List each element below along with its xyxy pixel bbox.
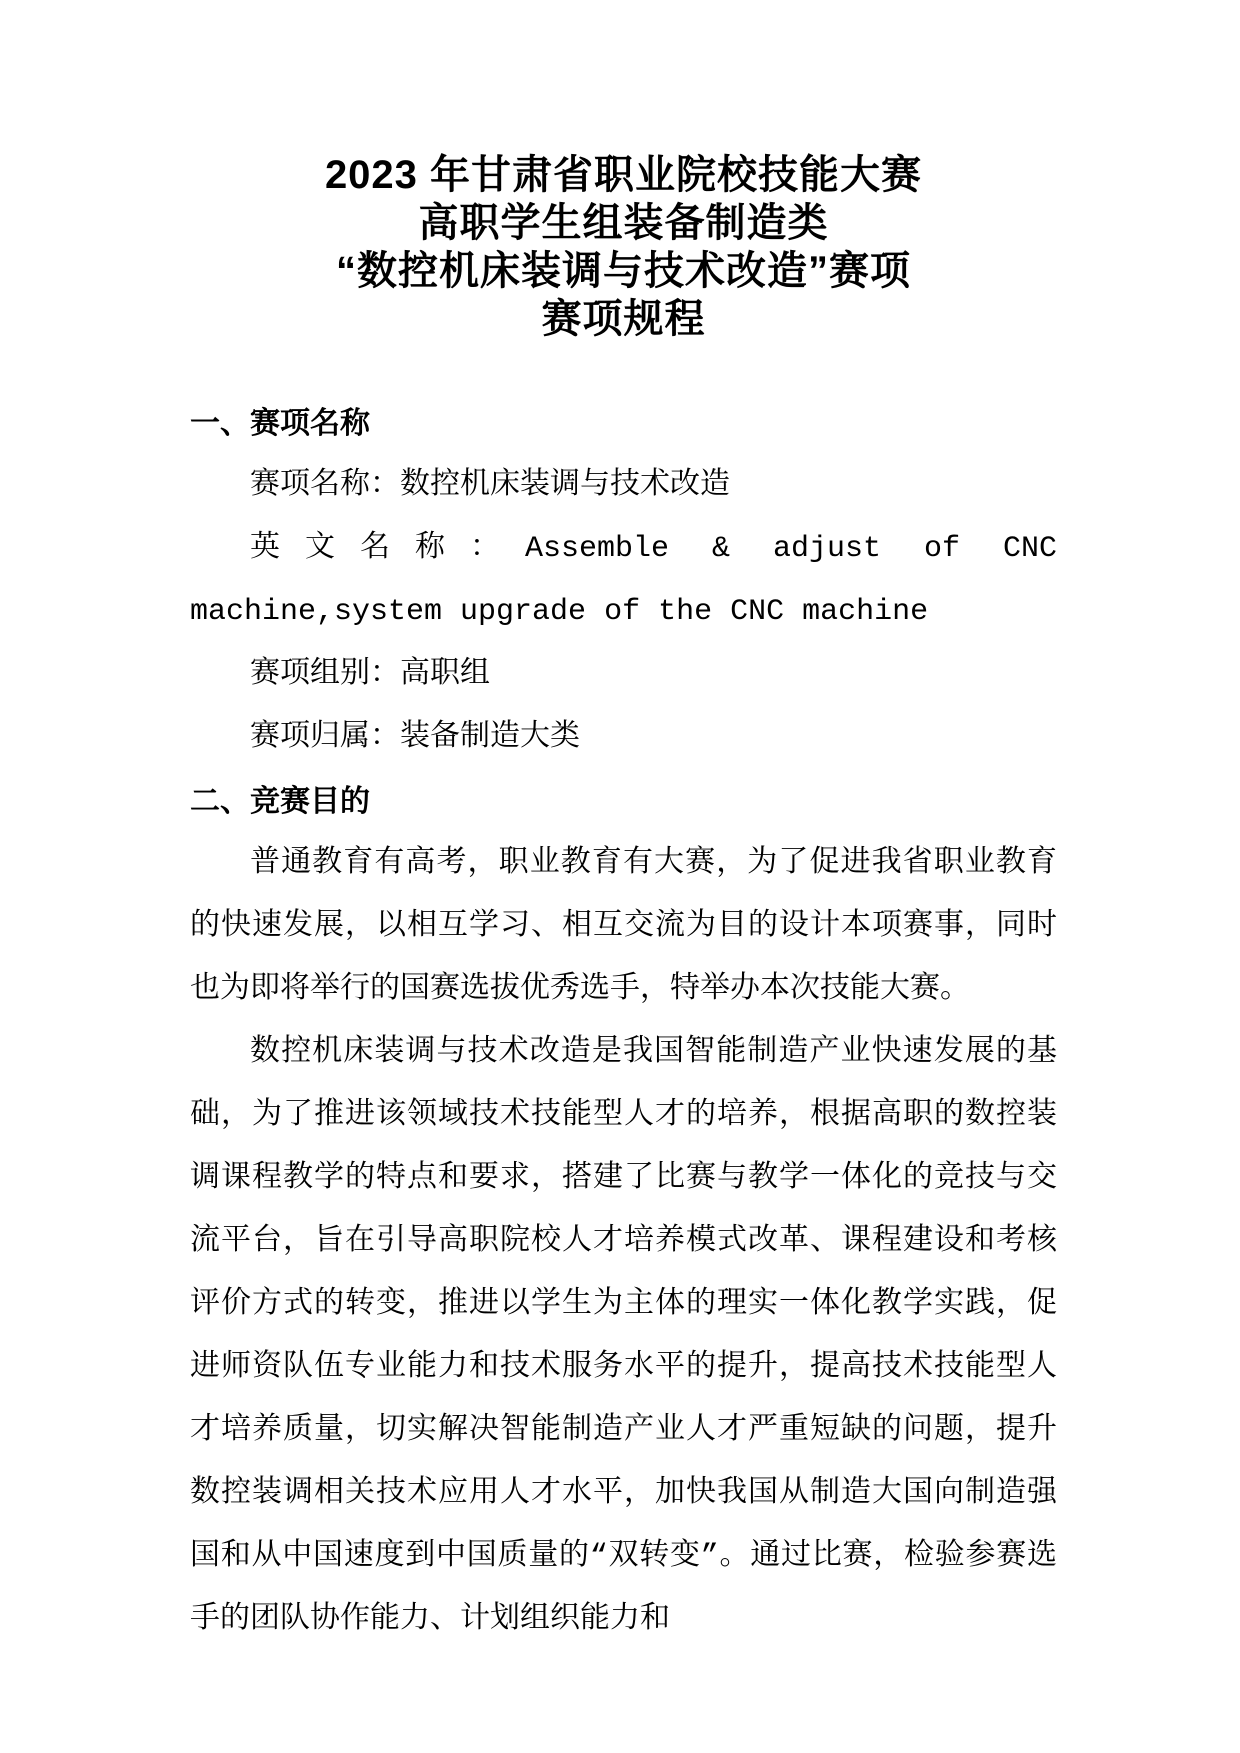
section-2-heading: 二、竞赛目的 <box>190 770 1057 833</box>
document-title: 2023 年甘肃省职业院校技能大赛 高职学生组装备制造类 “数控机床装调与技术改… <box>190 151 1057 343</box>
paragraph-event-group: 赛项组别：高职组 <box>190 644 1057 707</box>
paragraph-purpose-1: 普通教育有高考，职业教育有大赛，为了促进我省职业教育的快速发展，以相互学习、相互… <box>190 833 1057 1022</box>
title-line-3: “数控机床装调与技术改造”赛项 <box>190 247 1057 295</box>
paragraph-english-name: 英文名称：Assemble & adjust of CNC machine,sy… <box>190 518 1057 644</box>
paragraph-purpose-2: 数控机床装调与技术改造是我国智能制造产业快速发展的基础，为了推进该领域技术技能型… <box>190 1022 1057 1652</box>
document-body: 一、赛项名称 赛项名称：数控机床装调与技术改造 英文名称：Assemble & … <box>190 392 1057 1652</box>
title-line-4: 赛项规程 <box>190 295 1057 343</box>
paragraph-event-category: 赛项归属：装备制造大类 <box>190 707 1057 770</box>
section-1-heading: 一、赛项名称 <box>190 392 1057 455</box>
title-line-2: 高职学生组装备制造类 <box>190 199 1057 247</box>
title-line-1: 2023 年甘肃省职业院校技能大赛 <box>190 151 1057 199</box>
paragraph-event-name: 赛项名称：数控机床装调与技术改造 <box>190 455 1057 518</box>
document-page: 2023 年甘肃省职业院校技能大赛 高职学生组装备制造类 “数控机床装调与技术改… <box>0 0 1240 1753</box>
